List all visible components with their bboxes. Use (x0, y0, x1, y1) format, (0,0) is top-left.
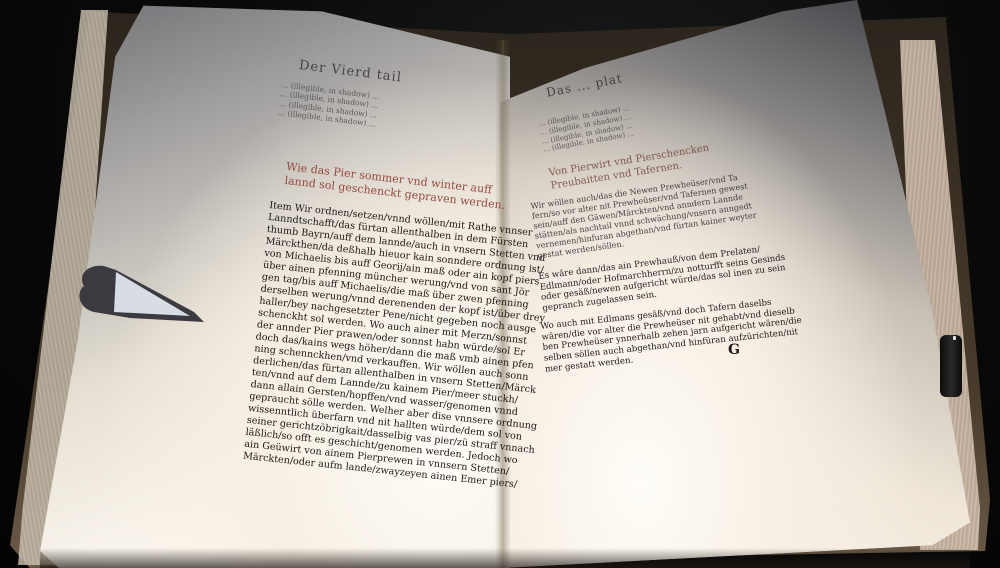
signature-mark: G (728, 342, 740, 360)
metal-clasp (940, 335, 962, 397)
bookmark-icon (76, 262, 208, 326)
left-body-text: Item Wir ordnen/setzen/vnnd wöllen/mit R… (242, 200, 478, 484)
clasp-glint (953, 336, 956, 340)
book-photo-scene: Der Vierd tail ... (illegible, in shadow… (0, 0, 1000, 568)
bottom-shadow (40, 548, 970, 568)
running-head-text: ... (575, 76, 597, 93)
